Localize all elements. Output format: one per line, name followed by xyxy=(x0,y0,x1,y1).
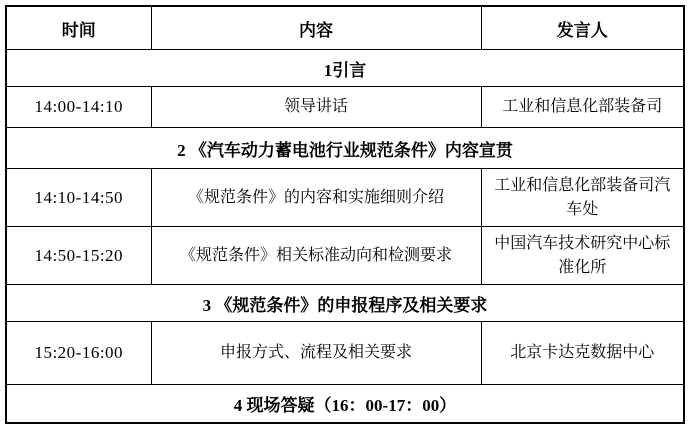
column-header-content: 内容 xyxy=(151,6,481,50)
column-header-time: 时间 xyxy=(6,6,151,50)
schedule-row: 14:00-14:10 领导讲话 工业和信息化部装备司 xyxy=(6,87,684,128)
schedule-row: 14:50-15:20 《规范条件》相关标准动向和检测要求 中国汽车技术研究中心… xyxy=(6,227,684,285)
content-cell: 领导讲话 xyxy=(151,87,481,128)
content-cell: 申报方式、流程及相关要求 xyxy=(151,322,481,385)
time-cell: 15:20-16:00 xyxy=(6,322,151,385)
agenda-table: 时间 内容 发言人 1引言 14:00-14:10 领导讲话 工业和信息化部装备… xyxy=(5,5,685,424)
table-header-row: 时间 内容 发言人 xyxy=(6,6,684,50)
content-cell: 《规范条件》的内容和实施细则介绍 xyxy=(151,169,481,227)
speaker-cell: 北京卡达克数据中心 xyxy=(481,322,684,385)
section-title: 1引言 xyxy=(6,50,684,87)
section-title: 4 现场答疑（16：00-17：00） xyxy=(6,385,684,423)
section-row-4: 4 现场答疑（16：00-17：00） xyxy=(6,385,684,423)
time-cell: 14:00-14:10 xyxy=(6,87,151,128)
speaker-cell: 工业和信息化部装备司汽车处 xyxy=(481,169,684,227)
speaker-cell: 中国汽车技术研究中心标准化所 xyxy=(481,227,684,285)
schedule-row: 14:10-14:50 《规范条件》的内容和实施细则介绍 工业和信息化部装备司汽… xyxy=(6,169,684,227)
speaker-cell: 工业和信息化部装备司 xyxy=(481,87,684,128)
time-cell: 14:50-15:20 xyxy=(6,227,151,285)
section-title: 2 《汽车动力蓄电池行业规范条件》内容宣贯 xyxy=(6,128,684,169)
content-cell: 《规范条件》相关标准动向和检测要求 xyxy=(151,227,481,285)
section-title: 3 《规范条件》的申报程序及相关要求 xyxy=(6,285,684,322)
schedule-row: 15:20-16:00 申报方式、流程及相关要求 北京卡达克数据中心 xyxy=(6,322,684,385)
section-row-1: 1引言 xyxy=(6,50,684,87)
time-cell: 14:10-14:50 xyxy=(6,169,151,227)
column-header-speaker: 发言人 xyxy=(481,6,684,50)
section-row-2: 2 《汽车动力蓄电池行业规范条件》内容宣贯 xyxy=(6,128,684,169)
section-row-3: 3 《规范条件》的申报程序及相关要求 xyxy=(6,285,684,322)
